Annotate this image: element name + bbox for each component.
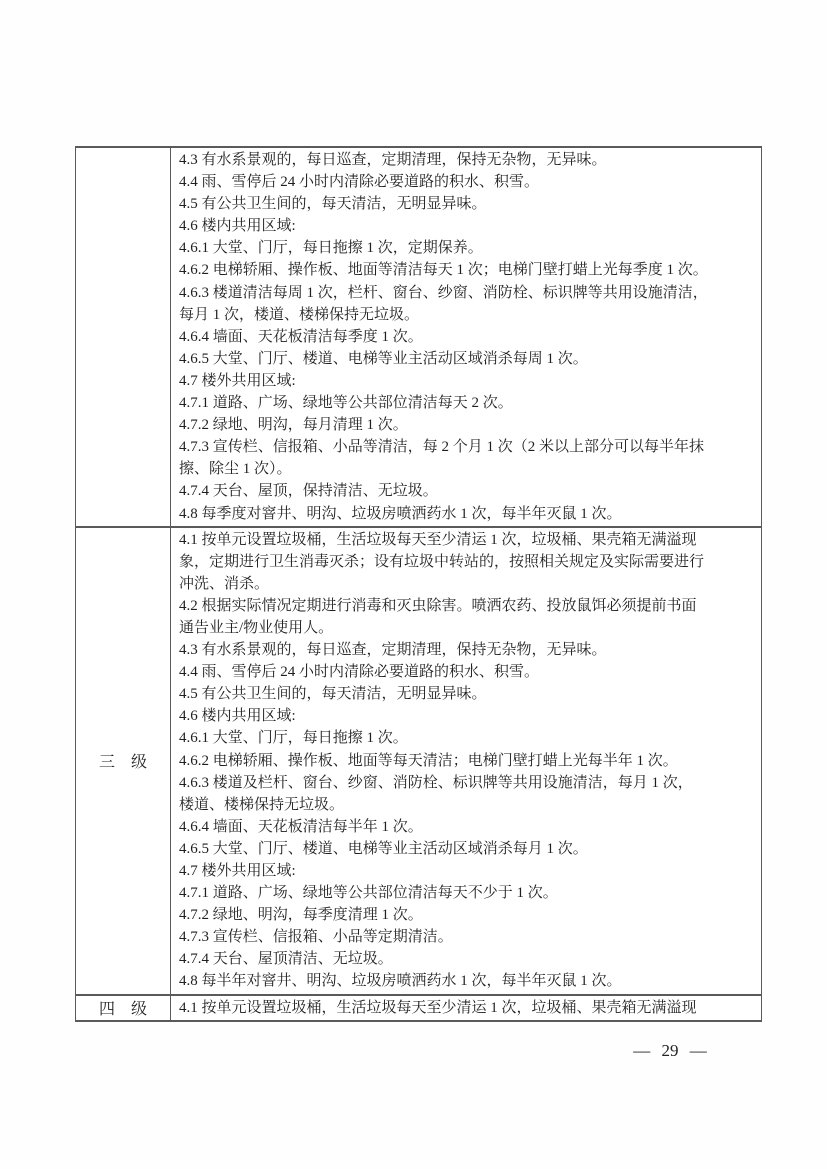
- requirements-cell: 4.1 按单元设置垃圾桶，生活垃圾每天至少清运 1 次，垃圾桶、果壳箱无满溢现: [171, 996, 761, 1020]
- requirement-line: 4.6.4 墙面、天花板清洁每季度 1 次。: [179, 326, 758, 348]
- requirement-line: 4.6.3 楼道及栏杆、窗台、纱窗、消防栓、标识牌等共用设施清洁，每月 1 次，: [179, 772, 758, 794]
- grade-label-cell: [76, 148, 171, 526]
- requirement-line: 4.7.2 绿地、明沟，每月清理 1 次。: [179, 414, 758, 436]
- requirement-line: 4.4 雨、雪停后 24 小时内清除必要道路的积水、积雪。: [179, 661, 758, 683]
- requirement-line: 4.7 楼外共用区域:: [179, 860, 758, 882]
- table-row: 4.3 有水系景观的，每日巡查，定期清理，保持无杂物，无异味。4.4 雨、雪停后…: [76, 148, 761, 526]
- grade-label-cell: 三 级: [76, 528, 171, 994]
- page-number: — 29 —: [618, 1041, 722, 1061]
- requirement-line: 4.3 有水系景观的，每日巡查，定期清理，保持无杂物，无异味。: [179, 639, 758, 661]
- table-row: 四 级4.1 按单元设置垃圾桶，生活垃圾每天至少清运 1 次，垃圾桶、果壳箱无满…: [76, 994, 761, 1020]
- requirement-line: 4.7.4 天台、屋顶，保持清洁、无垃圾。: [179, 480, 758, 502]
- requirement-line: 4.6.3 楼道清洁每周 1 次，栏杆、窗台、纱窗、消防栓、标识牌等共用设施清洁…: [179, 282, 758, 304]
- requirement-line: 通告业主/物业使用人。: [179, 617, 758, 639]
- requirement-line: 4.7.4 天台、屋顶清洁、无垃圾。: [179, 948, 758, 970]
- requirement-line: 4.7.3 宣传栏、信报箱、小品等清洁，每 2 个月 1 次（2 米以上部分可以…: [179, 436, 758, 458]
- requirement-line: 4.6.1 大堂、门厅，每日拖擦 1 次，定期保养。: [179, 237, 758, 259]
- requirement-line: 4.2 根据实际情况定期进行消毒和灭虫除害。喷洒农药、投放鼠饵必须提前书面: [179, 595, 758, 617]
- requirement-line: 4.4 雨、雪停后 24 小时内清除必要道路的积水、积雪。: [179, 171, 758, 193]
- requirement-line: 4.6 楼内共用区域:: [179, 215, 758, 237]
- requirement-line: 4.5 有公共卫生间的，每天清洁，无明显异味。: [179, 193, 758, 215]
- requirement-line: 4.1 按单元设置垃圾桶，生活垃圾每天至少清运 1 次，垃圾桶、果壳箱无满溢现: [179, 529, 758, 551]
- requirement-line: 4.7 楼外共用区域:: [179, 370, 758, 392]
- requirement-line: 4.7.2 绿地、明沟，每季度清理 1 次。: [179, 904, 758, 926]
- requirement-line: 擦、除尘 1 次）。: [179, 458, 758, 480]
- requirement-line: 4.8 每半年对窨井、明沟、垃圾房喷洒药水 1 次，每半年灭鼠 1 次。: [179, 970, 758, 992]
- requirement-line: 冲洗、消杀。: [179, 573, 758, 595]
- grade-label-cell: 四 级: [76, 996, 171, 1020]
- requirement-line: 4.8 每季度对窨井、明沟、垃圾房喷洒药水 1 次，每半年灭鼠 1 次。: [179, 503, 758, 525]
- requirements-cell: 4.1 按单元设置垃圾桶，生活垃圾每天至少清运 1 次，垃圾桶、果壳箱无满溢现象…: [171, 528, 761, 994]
- requirement-line: 每月 1 次，楼道、楼梯保持无垃圾。: [179, 304, 758, 326]
- requirement-line: 楼道、楼梯保持无垃圾。: [179, 794, 758, 816]
- requirement-line: 4.5 有公共卫生间的，每天清洁，无明显异味。: [179, 683, 758, 705]
- requirement-line: 4.6.2 电梯轿厢、操作板、地面等每天清洁；电梯门壁打蜡上光每半年 1 次。: [179, 750, 758, 772]
- requirement-line: 4.7.1 道路、广场、绿地等公共部位清洁每天 2 次。: [179, 392, 758, 414]
- requirement-line: 4.6.5 大堂、门厅、楼道、电梯等业主活动区域消杀每月 1 次。: [179, 838, 758, 860]
- requirement-line: 4.1 按单元设置垃圾桶，生活垃圾每天至少清运 1 次，垃圾桶、果壳箱无满溢现: [179, 997, 758, 1019]
- requirement-line: 4.6.1 大堂、门厅，每日拖擦 1 次。: [179, 727, 758, 749]
- requirement-line: 4.7.1 道路、广场、绿地等公共部位清洁每天不少于 1 次。: [179, 882, 758, 904]
- requirement-line: 4.6.4 墙面、天花板清洁每半年 1 次。: [179, 816, 758, 838]
- requirement-line: 4.3 有水系景观的，每日巡查，定期清理，保持无杂物，无异味。: [179, 149, 758, 171]
- requirement-line: 4.7.3 宣传栏、信报箱、小品等定期清洁。: [179, 926, 758, 948]
- requirement-line: 4.6.5 大堂、门厅、楼道、电梯等业主活动区域消杀每周 1 次。: [179, 348, 758, 370]
- requirement-line: 4.6 楼内共用区域:: [179, 705, 758, 727]
- table-row: 三 级4.1 按单元设置垃圾桶，生活垃圾每天至少清运 1 次，垃圾桶、果壳箱无满…: [76, 526, 761, 994]
- requirement-line: 4.6.2 电梯轿厢、操作板、地面等清洁每天 1 次；电梯门壁打蜡上光每季度 1…: [179, 259, 758, 281]
- requirements-cell: 4.3 有水系景观的，每日巡查，定期清理，保持无杂物，无异味。4.4 雨、雪停后…: [171, 148, 761, 526]
- document-page: 4.3 有水系景观的，每日巡查，定期清理，保持无杂物，无异味。4.4 雨、雪停后…: [0, 0, 827, 1169]
- requirement-line: 象，定期进行卫生消毒灭杀；设有垃圾中转站的，按照相关规定及实际需要进行: [179, 551, 758, 573]
- standards-table: 4.3 有水系景观的，每日巡查，定期清理，保持无杂物，无异味。4.4 雨、雪停后…: [75, 146, 762, 1022]
